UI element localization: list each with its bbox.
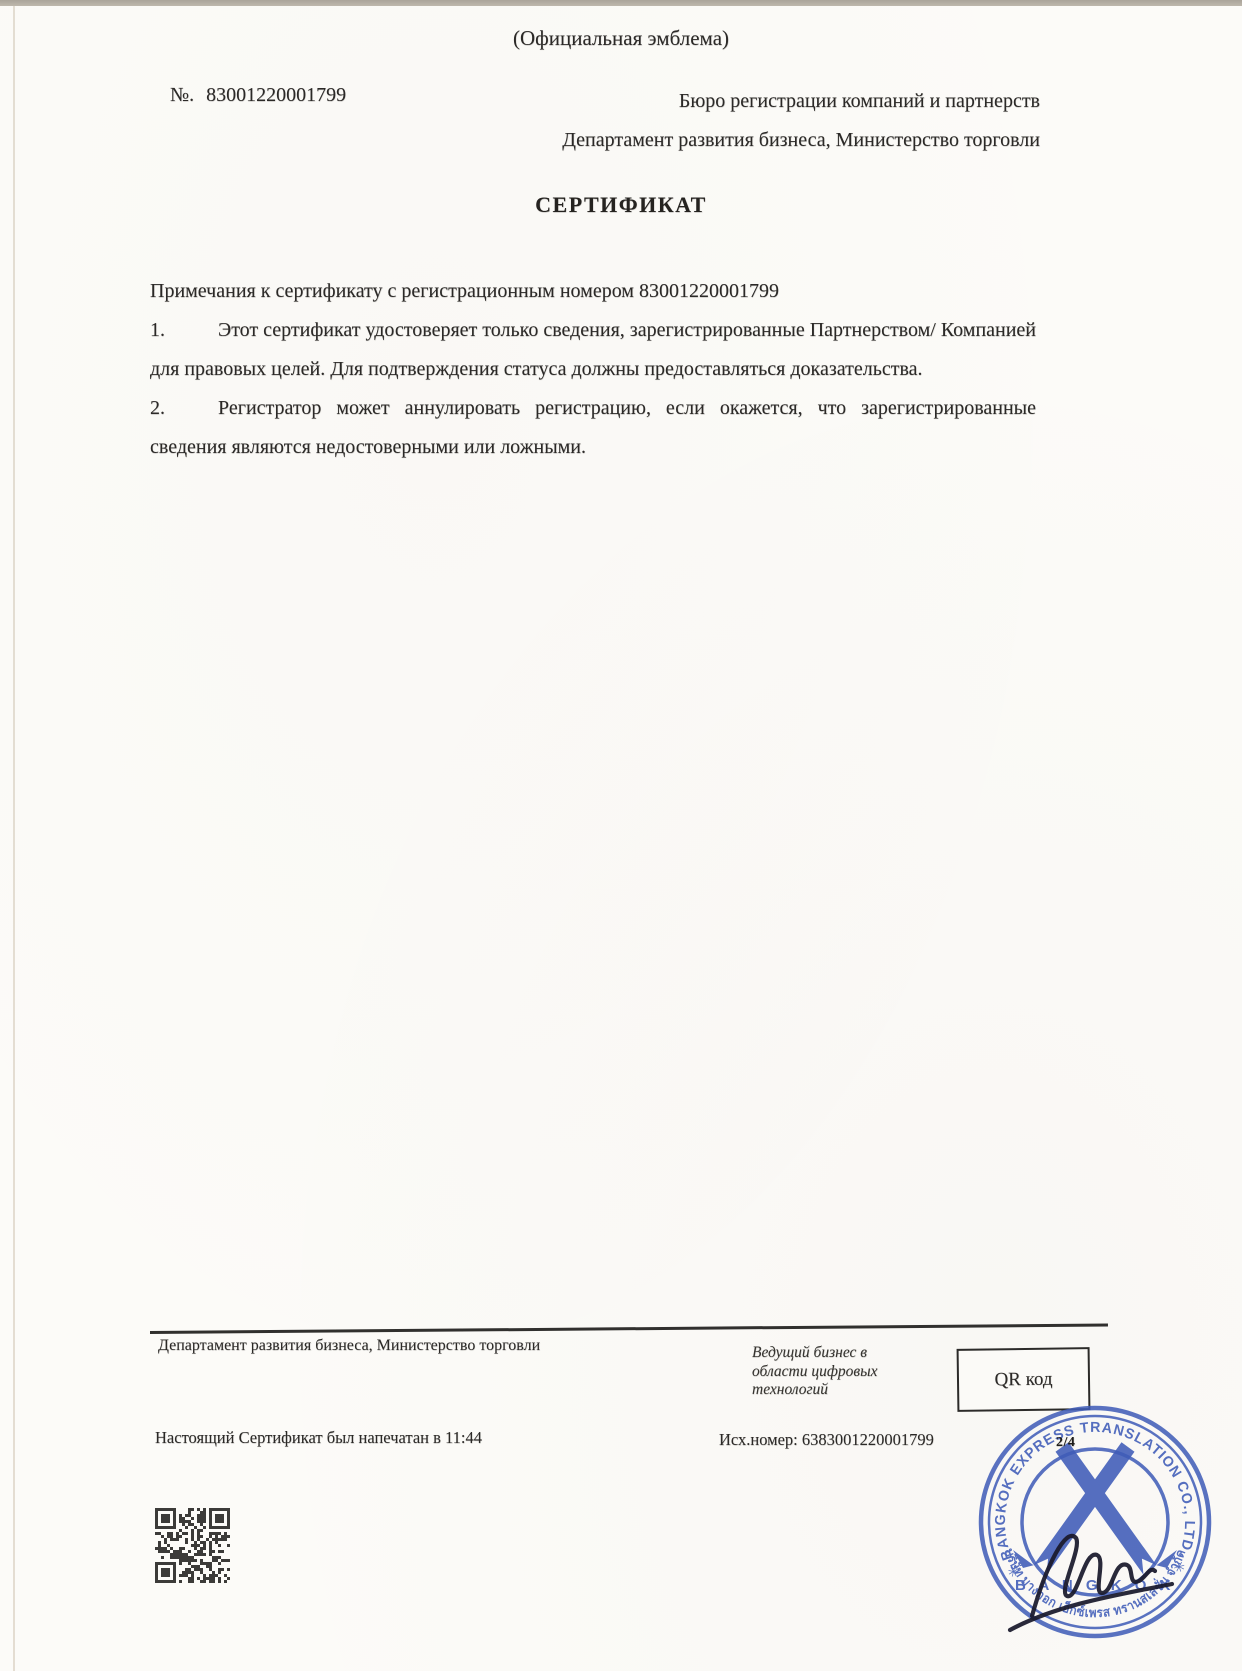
doc-number-label: №. (170, 84, 194, 106)
note-item-2: 2.Регистратор может аннулировать регистр… (150, 389, 1036, 467)
scanner-edge-left (13, 6, 15, 1671)
issuing-office: Бюро регистрации компаний и партнерств Д… (420, 82, 1040, 159)
certificate-title: СЕРТИФИКАТ (0, 192, 1242, 218)
notes-intro: Примечания к сертификату с регистрационн… (150, 272, 1036, 311)
certificate-notes: Примечания к сертификату с регистрационн… (150, 272, 1036, 467)
doc-number-value: 83001220001799 (206, 84, 346, 106)
qr-label: QR код (994, 1368, 1052, 1391)
note-item-1: 1.Этот сертификат удостоверяет только св… (150, 311, 1036, 389)
footer-divider-line (150, 1323, 1108, 1333)
slogan-line-3: технологий (752, 1381, 972, 1400)
footer-slogan: Ведущий бизнес в области цифровых технол… (752, 1344, 972, 1400)
qr-code-image (155, 1508, 230, 1583)
emblem-note: (Официальная эмблема) (0, 26, 1242, 51)
note-1-text: Этот сертификат удостоверяет только свед… (150, 319, 1036, 380)
certificate-scan-page: (Официальная эмблема) №.83001220001799 Б… (0, 0, 1242, 1671)
page-indicator: 2/4 (1056, 1435, 1075, 1451)
department-name: Департамент развития бизнеса, Министерст… (420, 121, 1040, 160)
slogan-line-2: области цифровых (752, 1363, 972, 1382)
note-2-text: Регистратор может аннулировать регистрац… (150, 397, 1036, 458)
note-2-number: 2. (150, 389, 218, 428)
doc-number: №.83001220001799 (170, 84, 346, 107)
handwritten-signature (990, 1500, 1242, 1660)
reference-number: Исх.номер: 6383001220001799 (719, 1430, 934, 1450)
printed-time-note: Настоящий Сертификат был напечатан в 11:… (155, 1428, 482, 1448)
footer-department: Департамент развития бизнеса, Министерст… (158, 1337, 540, 1355)
slogan-line-1: Ведущий бизнес в (752, 1344, 972, 1363)
note-1-number: 1. (150, 311, 218, 350)
scanner-edge-top (0, 0, 1242, 6)
office-name: Бюро регистрации компаний и партнерств (420, 82, 1040, 121)
